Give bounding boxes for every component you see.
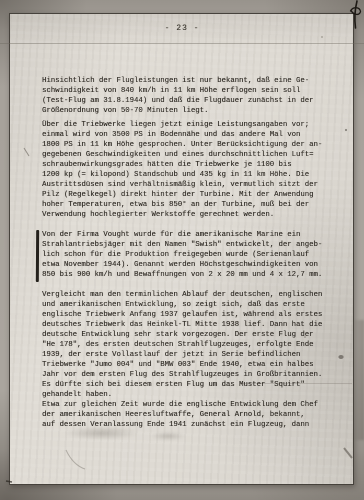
text-line: deutsches Triebwerk das Heinkel-TL Mitte… bbox=[42, 320, 328, 330]
text-line: hoher Temperaturen, etwa bis 850° an der… bbox=[42, 200, 328, 210]
text-line: Austrittsdüsen sind verhältnismäßig klei… bbox=[42, 180, 328, 190]
margin-annotation-bar bbox=[36, 230, 39, 282]
paragraph: Hinsichtlich der Flugleistungen ist nur … bbox=[42, 76, 328, 116]
text-line: Jahr vor dem ersten Flug des Strahlflugz… bbox=[42, 370, 328, 380]
text-line: 850 bis 900 km/h und Bewaffnungen von 2 … bbox=[42, 270, 328, 280]
paragraph: Über die Triebwerke liegen jetzt einige … bbox=[42, 120, 328, 220]
page-number: - 23 - bbox=[0, 24, 364, 33]
paragraph-marked: Von der Firma Vought wurde für die ameri… bbox=[42, 230, 328, 280]
text-line: lich schon für die Produktion freigegebe… bbox=[42, 250, 328, 260]
text-line: Triebwerke "Jumo 004" und "BMW 003" Ende… bbox=[42, 360, 328, 370]
text-line: 1800 PS in 11 km Höhe gesprochen. Unter … bbox=[42, 140, 328, 150]
document-body: Hinsichtlich der Flugleistungen ist nur … bbox=[42, 76, 328, 430]
text-line: deutsche Entwicklung sehr stark vorgezog… bbox=[42, 330, 328, 340]
fold-crease-line bbox=[0, 43, 364, 44]
text-line: schraubenwirkungsgrades hätten die Trieb… bbox=[42, 160, 328, 170]
scanned-document-page: - 23 - Hinsichtlich der Flugleistungen i… bbox=[0, 0, 364, 500]
text-line: Verwendung hochlegierter Werkstoffe gere… bbox=[42, 210, 328, 220]
text-line: Größenordnung von 50-70 Minuten liegt. bbox=[42, 106, 328, 116]
text-line: der amerikanischen Heeresluftwaffe, Gene… bbox=[42, 410, 328, 420]
text-line: Über die Triebwerke liegen jetzt einige … bbox=[42, 120, 328, 130]
pencil-smudge bbox=[145, 430, 191, 442]
text-line: und amerikanischen Entwicklung, so zeigt… bbox=[42, 300, 328, 310]
scan-edge-stain bbox=[352, 320, 364, 440]
text-line: Pilz (Regelkegel) direkt hinter der Turb… bbox=[42, 190, 328, 200]
pencil-smudge bbox=[52, 424, 152, 442]
text-line: Etwa zur gleichen Zeit wurde die englisc… bbox=[42, 400, 328, 410]
text-line: 1200 kp (= kilopond) Standschub und 435 … bbox=[42, 170, 328, 180]
paragraph: Vergleicht man den terminlichen Ablauf d… bbox=[42, 290, 328, 400]
text-line: gegebenen Geschwindigkeiten und eines du… bbox=[42, 150, 328, 160]
text-line: 1939, der erste Vollastlauf der jetzt in… bbox=[42, 350, 328, 360]
text-line: Von der Firma Vought wurde für die ameri… bbox=[42, 230, 328, 240]
text-line: Vergleicht man den terminlichen Ablauf d… bbox=[42, 290, 328, 300]
text-line: Es dürfte sich bei diesem ersten Flug um… bbox=[42, 380, 328, 390]
text-line: etwa November 1944). Genannt werden Höch… bbox=[42, 260, 328, 270]
text-line: englische Triebwerk Anfang 1937 gelaufen… bbox=[42, 310, 328, 320]
text-line: Strahlantriebsjäger mit den Namen "Swish… bbox=[42, 240, 328, 250]
text-line: (Test-Flug am 31.8.1944) und daß die Flu… bbox=[42, 96, 328, 106]
text-line: einmal wird von 3500 PS in Bodennähe und… bbox=[42, 130, 328, 140]
text-line: Hinsichtlich der Flugleistungen ist nur … bbox=[42, 76, 328, 86]
text-line: gehandelt haben. bbox=[42, 390, 328, 400]
text-line: "He 178", des ersten deutschen Strahlflu… bbox=[42, 340, 328, 350]
text-line: schwindigkeit von 840 km/h in 11 km Höhe… bbox=[42, 86, 328, 96]
